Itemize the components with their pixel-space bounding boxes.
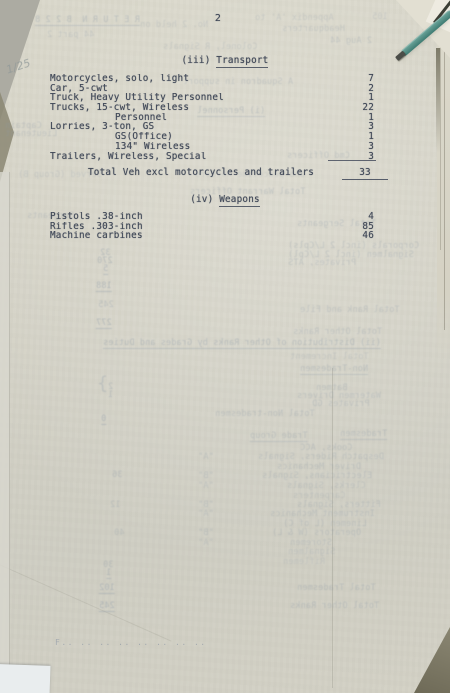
bleedthrough-line: "A" <box>198 452 214 461</box>
bleedthrough-line: } <box>97 379 108 388</box>
bleedthrough-line: Privates GD <box>312 399 370 408</box>
bleedthrough-line: Despatch Riders, Signals <box>258 452 384 461</box>
weapons-row: Rifles .303-inch85 <box>50 222 376 232</box>
bleedthrough-line: 36 <box>112 470 122 479</box>
transport-row: Car, 5-cwt2 <box>50 84 376 94</box>
bleedthrough-line: Instrument Mechanics <box>270 509 375 518</box>
bleedthrough-line: Clerks, Signals <box>287 481 366 490</box>
bleedthrough-line: Electricians, Signals <box>262 471 372 480</box>
bleedthrough-line: Signalmen <box>288 547 335 556</box>
row-label: Machine carbines <box>50 231 328 241</box>
row-label: 134" Wireless <box>50 142 328 152</box>
bleedthrough-line: 102 <box>99 583 115 594</box>
transport-row: GS(Office)1 <box>50 132 376 142</box>
weapons-row: Machine carbines46 <box>50 231 376 241</box>
bleedthrough-line: "B" <box>198 471 214 480</box>
bleedthrough-line: "B" <box>198 528 214 537</box>
bleedthrough-line: "A" <box>198 509 214 518</box>
row-label: Trucks, 15-cwt, Wireless <box>50 103 328 113</box>
total-label: Total Veh excl motorcycles and trailers <box>88 168 314 180</box>
bleedthrough-line: 12 <box>110 500 120 509</box>
row-label: Rifles .303-inch <box>50 222 328 232</box>
transport-row: Trucks, 15-cwt, Wireless22 <box>50 103 376 113</box>
transport-total-row: Total Veh excl motorcycles and trailers … <box>88 168 388 180</box>
row-label: Motorcycles, solo, light <box>50 74 328 84</box>
bleedthrough-line: Privates, ATS <box>288 258 356 267</box>
bleedthrough-line: 2 Aug 44 <box>330 36 372 45</box>
row-label: Personnel <box>50 113 328 123</box>
heading-prefix: (iv) <box>190 194 219 205</box>
bleedthrough-line: Total Non-tradesmen <box>215 409 315 418</box>
bleedthrough-line: "A" <box>198 481 214 490</box>
bleedthrough-line: 1 <box>106 568 111 579</box>
transport-row: Truck, Heavy Utility Personnel1 <box>50 93 376 103</box>
corner-sticker <box>0 664 51 693</box>
bleedthrough-line: Tradesmen <box>340 429 387 440</box>
heading-title: Weapons <box>219 194 260 207</box>
bleedthrough-line: 277 <box>96 318 112 329</box>
row-value: 3 <box>328 152 376 162</box>
scanned-document: R E T U R N B 2 2 844 part 2No. 2 held o… <box>0 0 450 693</box>
bleedthrough-line: 44 part 2 <box>47 30 94 39</box>
row-label: Trailers, Wireless, Special <box>50 152 328 162</box>
bleedthrough-line: Total Increment <box>290 352 369 361</box>
weapons-row: Pistols .38-inch4 <box>50 212 376 222</box>
bleedthrough-line: Colonel, R Signals <box>163 42 257 51</box>
bleedthrough-line: 40 <box>114 528 124 537</box>
dotted-pencil-line: F.. .. .. .. .. .. .. .. <box>55 638 207 647</box>
section-heading-transport: (iii) Transport <box>0 56 450 66</box>
bleedthrough-line: 5 <box>103 264 108 275</box>
bleedthrough-line: Operators (W & L) <box>272 528 361 537</box>
bleedthrough-line: (ii) Distribution of Other Ranks by Grad… <box>103 338 381 349</box>
row-label: Car, 5-cwt <box>50 84 328 94</box>
bleedthrough-line: Total Other Ranks <box>290 601 379 610</box>
underlying-page-edge-left <box>0 172 10 693</box>
bleedthrough-line: Trade Group <box>250 431 308 442</box>
heading-title: Transport <box>216 55 268 68</box>
bleedthrough-line: Riflemen <box>283 557 325 566</box>
row-label: GS(Office) <box>50 132 328 142</box>
bleedthrough-line: 1 <box>108 390 113 399</box>
bleedthrough-line: "A" <box>198 538 214 547</box>
row-label: Pistols .38-inch <box>50 212 328 222</box>
section-heading-weapons: (iv) Weapons <box>0 195 450 205</box>
row-label: Lorries, 3-ton, GS <box>50 122 328 132</box>
bleedthrough-line: Total Other Ranks <box>293 327 382 336</box>
bleedthrough-line: Non-Tradesmen <box>300 364 368 375</box>
row-label: Truck, Heavy Utility Personnel <box>50 93 328 103</box>
bleedthrough-line: Headquarters <box>282 24 345 33</box>
bleedthrough-line: Total Rank and File <box>300 305 400 314</box>
transport-row: Trailers, Wireless, Special3 <box>50 152 376 162</box>
transport-row: Personnel1 <box>50 113 376 123</box>
heading-prefix: (iii) <box>182 55 217 66</box>
row-value: 46 <box>328 231 376 241</box>
weapons-table: Pistols .38-inch4Rifles .303-inch85Machi… <box>50 212 376 241</box>
transport-row: Motorcycles, solo, light7 <box>50 74 376 84</box>
bleedthrough-line: 245 <box>98 300 114 309</box>
transport-row: Lorries, 3-ton, GS3 <box>50 122 376 132</box>
page-number: 2 <box>0 14 443 24</box>
transport-table: Motorcycles, solo, light7Car, 5-cwt2Truc… <box>50 74 376 161</box>
bleedthrough-line: 0 <box>101 414 106 425</box>
bleedthrough-line: 188 <box>96 281 112 292</box>
transport-row: 134" Wireless3 <box>50 142 376 152</box>
bleedthrough-line: Total Tradesmen <box>297 583 376 592</box>
total-value: 33 <box>342 168 388 180</box>
bleedthrough-line: 245 <box>99 601 115 612</box>
